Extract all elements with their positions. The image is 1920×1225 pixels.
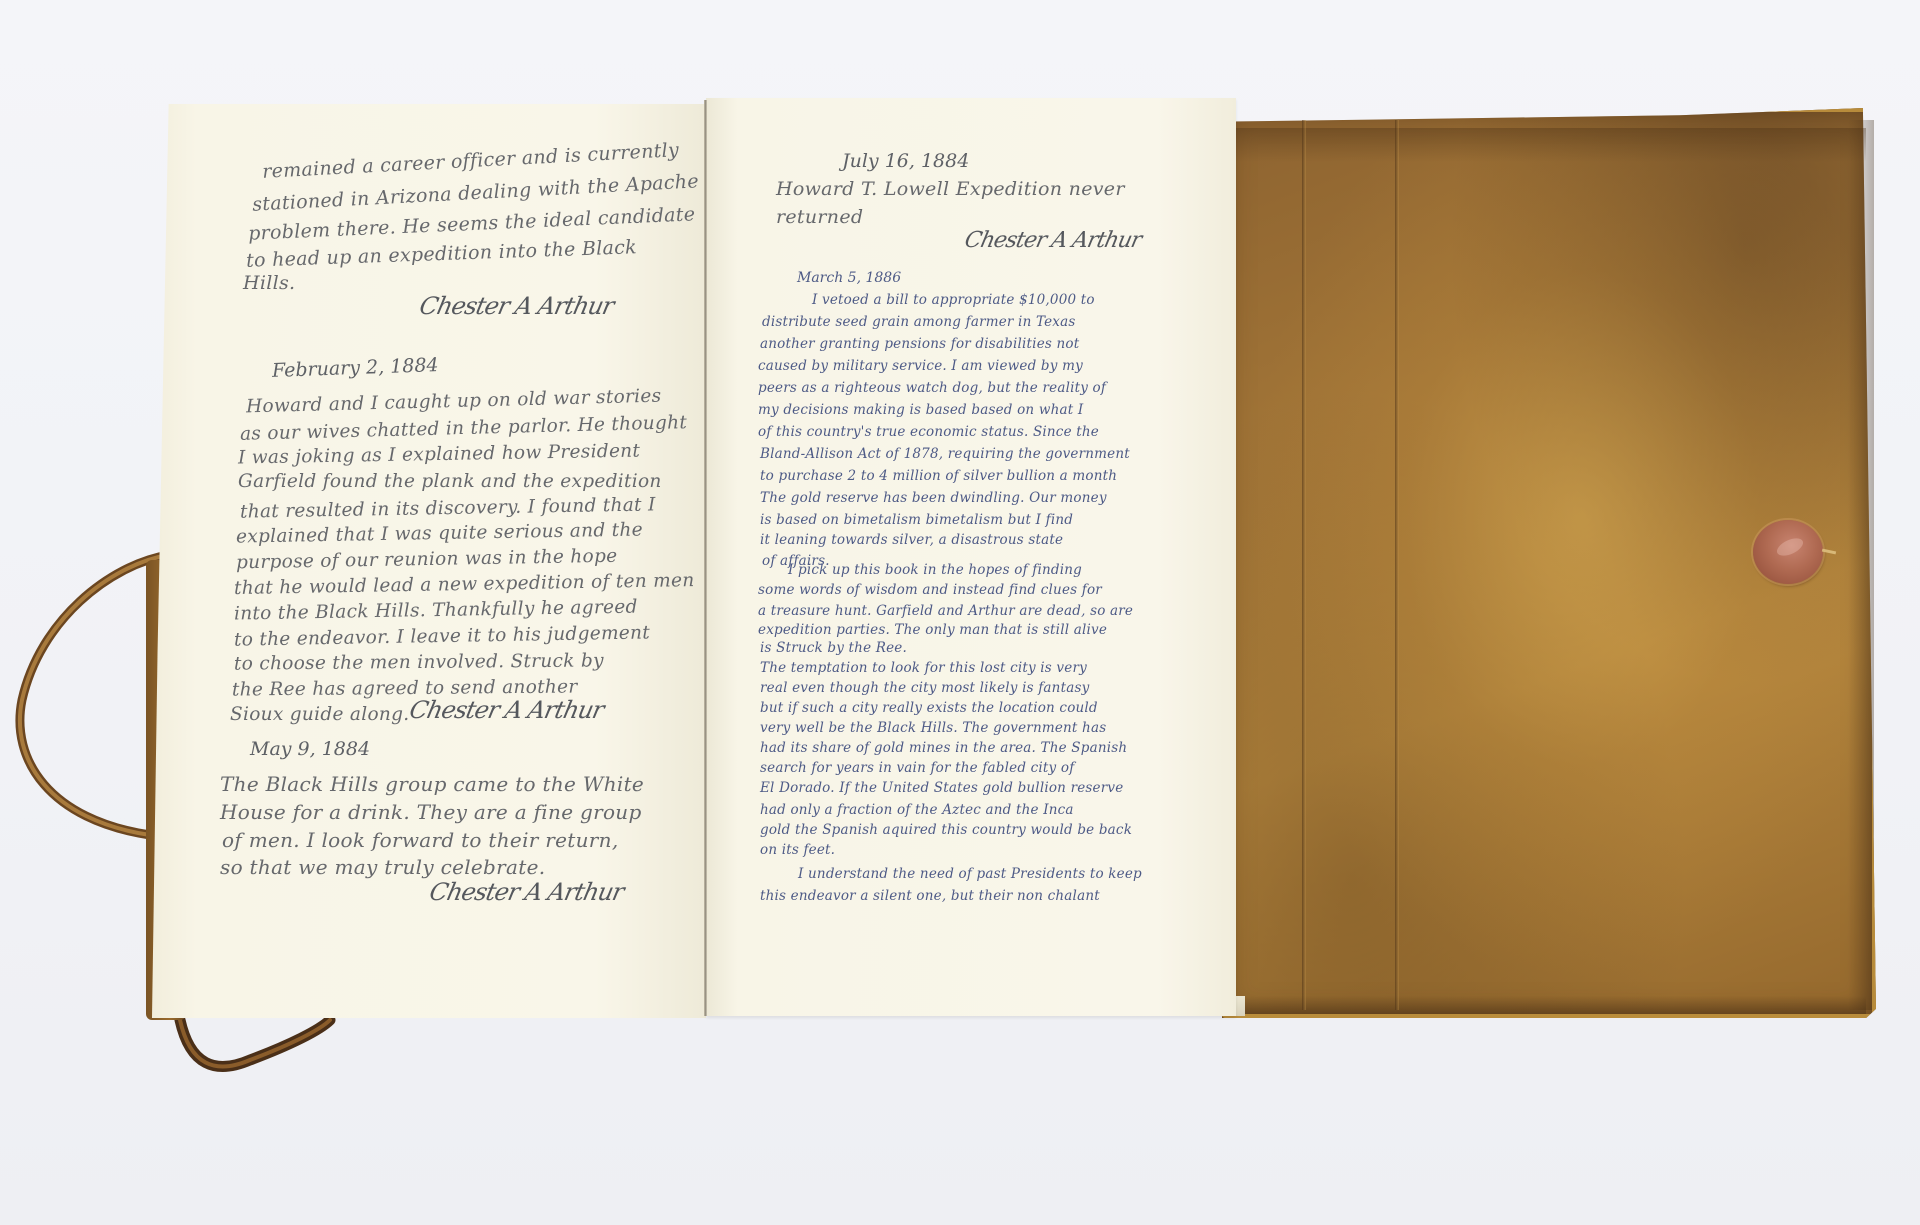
journal-photo: remained a career officer and is current… [0,0,1920,1225]
text-line: it leaning towards silver, a disastrous … [760,532,1063,548]
text-line: to choose the men involved. Struck by [234,650,604,674]
text-line: had its share of gold mines in the area.… [760,740,1127,756]
signature: Chester A Arthur [962,228,1143,253]
text-line: I pick up this book in the hopes of find… [788,562,1082,578]
text-line: this endeavor a silent one, but their no… [760,888,1100,904]
text-line: is Struck by the Ree. [760,640,907,656]
text-line: Hills. [243,272,295,294]
text-line: distribute seed grain among farmer in Te… [762,314,1076,330]
text-line: of this country's true economic status. … [758,424,1099,440]
text-line: Sioux guide along. [230,704,409,725]
text-line: gold the Spanish aquired this country wo… [760,822,1132,838]
text-line: real even though the city most likely is… [760,680,1089,696]
text-line: The gold reserve has been dwindling. Our… [760,490,1107,506]
entry-date: March 5, 1886 [797,270,901,286]
text-line: The Black Hills group came to the White [220,772,644,796]
signature: Chester A Arthur [417,292,616,320]
entry-date: May 9, 1884 [250,738,370,760]
page-gutter [704,100,707,1016]
text-line: of men. I look forward to their return, [222,828,619,852]
text-line: expedition parties. The only man that is… [758,622,1107,638]
text-line: Bland-Allison Act of 1878, requiring the… [760,446,1130,462]
text-line: Howard T. Lowell Expedition never [776,178,1125,200]
text-line: I vetoed a bill to appropriate $10,000 t… [812,292,1095,308]
text-line: my decisions making is based based on wh… [758,402,1083,418]
entry-date: July 16, 1884 [842,150,969,172]
text-line: on its feet. [760,842,835,858]
signature: Chester A Arthur [407,696,606,724]
text-line: some words of wisdom and instead find cl… [758,582,1102,598]
text-line: Garfield found the plank and the expedit… [238,471,662,492]
text-line: is based on bimetalism bimetalism but I … [760,512,1073,528]
text-line: House for a drink. They are a fine group [220,800,642,824]
text-line: very well be the Black Hills. The govern… [760,720,1106,736]
text-line: had only a fraction of the Aztec and the… [760,802,1074,818]
text-line: search for years in vain for the fabled … [760,760,1074,776]
text-line: I understand the need of past Presidents… [798,866,1142,882]
text-line: to purchase 2 to 4 million of silver bul… [760,468,1117,484]
text-line: returned [776,206,863,228]
text-line: another granting pensions for disabiliti… [760,336,1079,352]
text-line: but if such a city really exists the loc… [760,700,1098,716]
signature: Chester A Arthur [427,878,626,906]
text-line: The temptation to look for this lost cit… [760,660,1087,676]
text-line: a treasure hunt. Garfield and Arthur are… [758,603,1133,619]
text-line: El Dorado. If the United States gold bul… [760,780,1123,796]
text-line: caused by military service. I am viewed … [758,358,1083,374]
text-line: peers as a righteous watch dog, but the … [758,380,1106,396]
text-line: so that we may truly celebrate. [220,855,545,879]
